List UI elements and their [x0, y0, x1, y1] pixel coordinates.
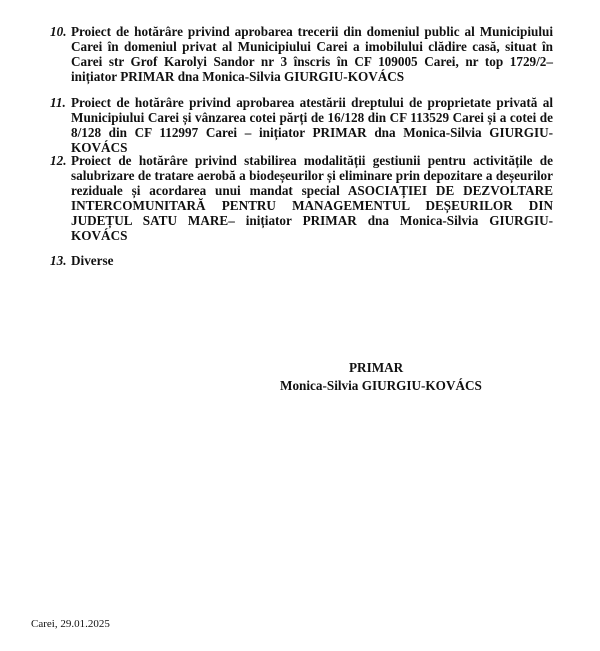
agenda-item-10: 10. Proiect de hotărâre privind aprobare… — [50, 24, 553, 84]
item-number: 10. — [50, 24, 66, 39]
item-number: 13. — [50, 253, 66, 268]
item-number: 11. — [50, 95, 66, 110]
item-text: Proiect de hotărâre privind stabilirea m… — [71, 153, 553, 243]
item-text: Proiect de hotărâre privind aprobarea at… — [71, 95, 553, 155]
agenda-item-12: 12. Proiect de hotărâre privind stabilir… — [50, 153, 553, 243]
agenda-item-13: 13. Diverse — [50, 253, 553, 268]
agenda-item-11: 11. Proiect de hotărâre privind aprobare… — [50, 95, 553, 155]
item-text: Proiect de hotărâre privind aprobarea tr… — [71, 24, 553, 84]
document-date: Carei, 29.01.2025 — [31, 618, 110, 630]
signature-name: Monica-Silvia GIURGIU-KOVÁCS — [280, 377, 482, 395]
signature-title: PRIMAR — [349, 359, 403, 377]
item-text: Diverse — [71, 253, 553, 268]
item-number: 12. — [50, 153, 66, 168]
